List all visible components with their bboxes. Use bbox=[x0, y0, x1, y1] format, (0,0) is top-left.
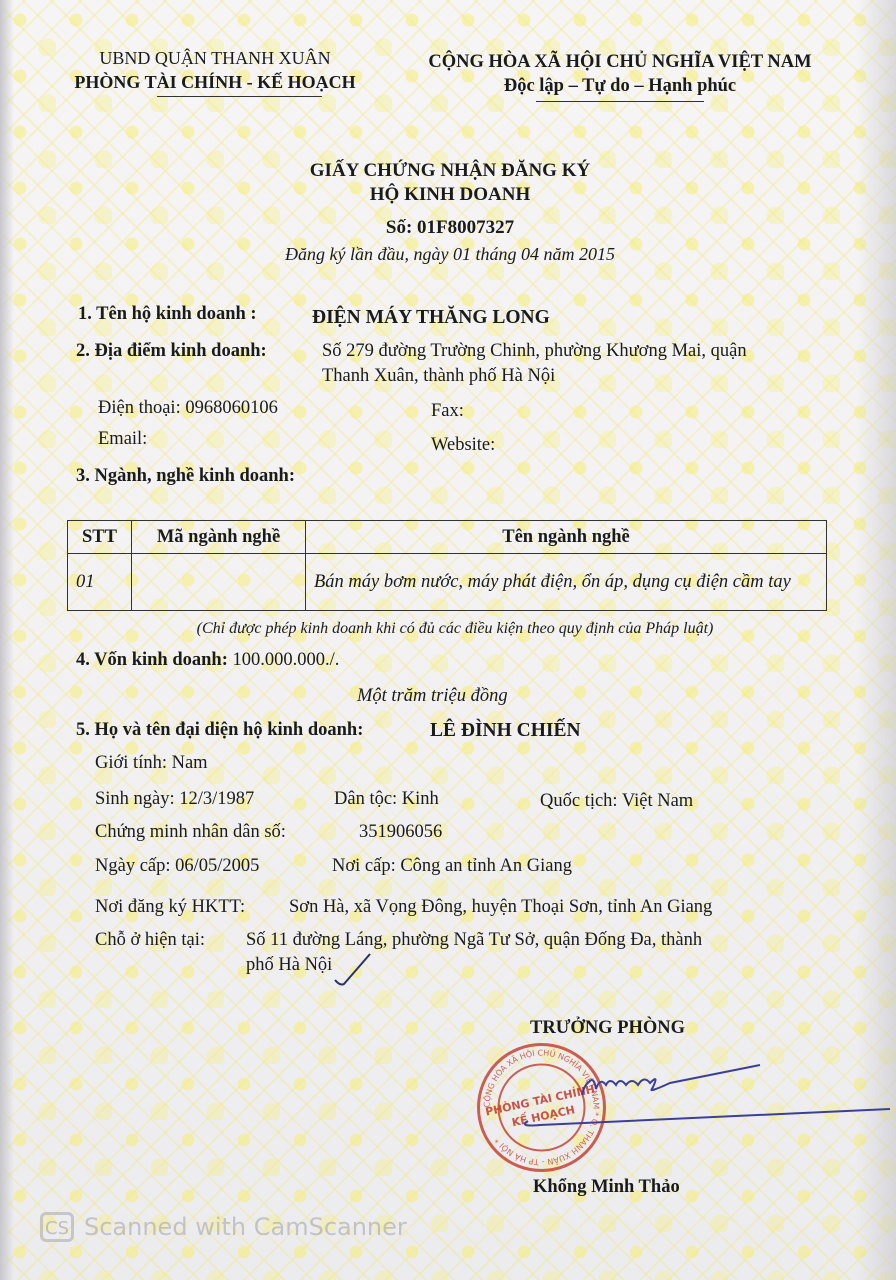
col-stt: STT bbox=[68, 521, 132, 554]
capital-row: 4. Vốn kinh doanh: 100.000.000./. bbox=[76, 650, 339, 671]
page-shadow-left bbox=[0, 0, 14, 1280]
id-number: 351906056 bbox=[359, 822, 442, 843]
residence-line1: Số 11 đường Láng, phường Ngã Tư Sở, quận… bbox=[246, 930, 702, 951]
issuing-authority: UBND QUẬN THANH XUÂN PHÒNG TÀI CHÍNH - K… bbox=[40, 46, 390, 97]
id-label: Chứng minh nhân dân số: bbox=[95, 822, 286, 843]
district-committee: UBND QUẬN THANH XUÂN bbox=[40, 46, 390, 70]
table-row: 01 Bán máy bơm nước, máy phát điện, ổn á… bbox=[68, 554, 827, 611]
camscanner-watermark: CS Scanned with CamScanner bbox=[40, 1212, 407, 1242]
business-name: ĐIỆN MÁY THĂNG LONG bbox=[312, 307, 550, 329]
registration-date: Đăng ký lần đầu, ngày 01 tháng 04 năm 20… bbox=[180, 244, 720, 265]
ethnicity: Dân tộc: Kinh bbox=[334, 789, 439, 810]
business-name-label: 1. Tên hộ kinh doanh : bbox=[78, 304, 257, 325]
hktt-value: Sơn Hà, xã Vọng Đông, huyện Thoại Sơn, t… bbox=[289, 897, 712, 918]
row-code bbox=[132, 554, 306, 611]
col-code: Mã ngành nghề bbox=[132, 521, 306, 554]
row-name: Bán máy bơm nước, máy phát điện, ổn áp, … bbox=[306, 554, 827, 611]
hktt-label: Nơi đăng ký HKTT: bbox=[95, 897, 245, 918]
legal-note: (Chỉ được phép kinh doanh khi có đủ các … bbox=[60, 620, 850, 638]
business-address-line1: Số 279 đường Trường Chinh, phường Khương… bbox=[322, 341, 747, 362]
phone: Điện thoại: 0968060106 bbox=[98, 398, 278, 419]
certificate-title-line1: GIẤY CHỨNG NHẬN ĐĂNG KÝ bbox=[180, 160, 720, 182]
camscanner-icon: CS bbox=[40, 1212, 74, 1242]
capital-in-words: Một trăm triệu đồng bbox=[357, 686, 508, 707]
watermark-text: Scanned with CamScanner bbox=[84, 1213, 407, 1241]
business-lines-label: 3. Ngành, nghề kinh doanh: bbox=[76, 466, 295, 487]
table-header-row: STT Mã ngành nghề Tên ngành nghề bbox=[68, 521, 827, 554]
fax: Fax: bbox=[431, 401, 464, 422]
header-underline-left bbox=[157, 96, 322, 97]
id-issue-place: Nơi cấp: Công an tỉnh An Giang bbox=[332, 856, 572, 877]
email: Email: bbox=[98, 429, 147, 450]
nationality: Quốc tịch: Việt Nam bbox=[540, 791, 693, 812]
national-motto: CỘNG HÒA XÃ HỘI CHỦ NGHĨA VIỆT NAM Độc l… bbox=[400, 50, 840, 102]
date-of-birth: Sinh ngày: 12/3/1987 bbox=[95, 789, 254, 810]
residence-label: Chỗ ở hiện tại: bbox=[95, 930, 205, 951]
capital-label: 4. Vốn kinh doanh: bbox=[76, 650, 228, 670]
residence-line2: phố Hà Nội bbox=[246, 955, 332, 976]
gender: Giới tính: Nam bbox=[95, 753, 208, 774]
department-name: PHÒNG TÀI CHÍNH - KẾ HOẠCH bbox=[40, 70, 390, 94]
check-mark-icon bbox=[330, 950, 375, 990]
signer-name: Khổng Minh Thảo bbox=[533, 1177, 680, 1198]
representative-label: 5. Họ và tên đại diện hộ kinh doanh: bbox=[76, 720, 363, 741]
row-stt: 01 bbox=[68, 554, 132, 611]
col-name: Tên ngành nghề bbox=[306, 521, 827, 554]
capital-value: 100.000.000./. bbox=[232, 650, 339, 670]
id-issue-date: Ngày cấp: 06/05/2005 bbox=[95, 856, 259, 877]
business-lines-table: STT Mã ngành nghề Tên ngành nghề 01 Bán … bbox=[67, 520, 827, 611]
business-address-line2: Thanh Xuân, thành phố Hà Nội bbox=[322, 366, 555, 387]
motto: Độc lập – Tự do – Hạnh phúc bbox=[400, 74, 840, 98]
handwritten-signature-icon bbox=[520, 1055, 890, 1135]
header-underline-right bbox=[536, 101, 704, 102]
certificate-number: Số: 01F8007327 bbox=[180, 217, 720, 239]
country-name: CỘNG HÒA XÃ HỘI CHỦ NGHĨA VIỆT NAM bbox=[400, 50, 840, 74]
website: Website: bbox=[431, 435, 495, 456]
business-location-label: 2. Địa điểm kinh doanh: bbox=[76, 341, 267, 362]
certificate-title-line2: HỘ KINH DOANH bbox=[180, 184, 720, 206]
representative-name: LÊ ĐÌNH CHIẾN bbox=[430, 720, 581, 742]
signer-position: TRƯỞNG PHÒNG bbox=[530, 1018, 685, 1039]
